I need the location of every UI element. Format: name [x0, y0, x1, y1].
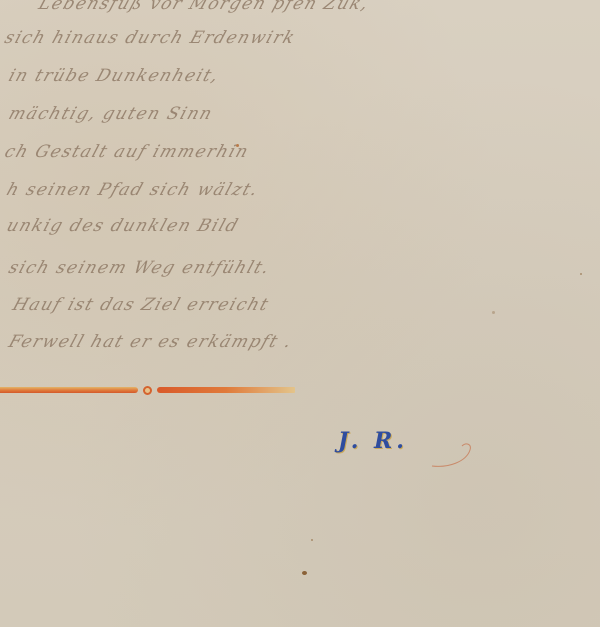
foxing-spot	[236, 144, 239, 147]
foxing-spot	[580, 273, 582, 275]
divider-center-dot-icon	[143, 386, 152, 395]
manuscript-line-4: mächtig, guten Sinn	[6, 104, 216, 124]
divider-left-stroke	[0, 387, 138, 393]
ornamental-divider	[0, 385, 300, 397]
manuscript-line-2: sich hinaus durch Erdenwirk	[2, 28, 298, 48]
manuscript-line-5: ch Gestalt auf immerhin	[2, 142, 252, 162]
signature-initials: J. R.	[338, 428, 408, 454]
foxing-spot	[492, 311, 495, 314]
manuscript-line-7: unkig des dunklen Bild	[4, 216, 242, 236]
manuscript-line-3: in trübe Dunkenheit,	[6, 66, 222, 86]
divider-right-stroke	[157, 387, 295, 393]
manuscript-line-10: Ferwell hat er es erkämpft .	[6, 332, 295, 352]
foxing-spot	[302, 571, 307, 575]
manuscript-line-6: h seinen Pfad sich wälzt.	[4, 180, 261, 200]
manuscript-line-8: sich seinem Weg entfühlt.	[6, 258, 273, 278]
manuscript-line-1: Lebensfuß vor Morgen pfen Zuk,	[36, 0, 372, 14]
manuscript-line-9: Hauf ist das Ziel erreicht	[10, 295, 272, 315]
foxing-spot	[311, 539, 313, 541]
signature-flourish-icon	[430, 440, 475, 470]
paper-background: Lebensfuß vor Morgen pfen Zuk, sich hina…	[0, 0, 600, 627]
